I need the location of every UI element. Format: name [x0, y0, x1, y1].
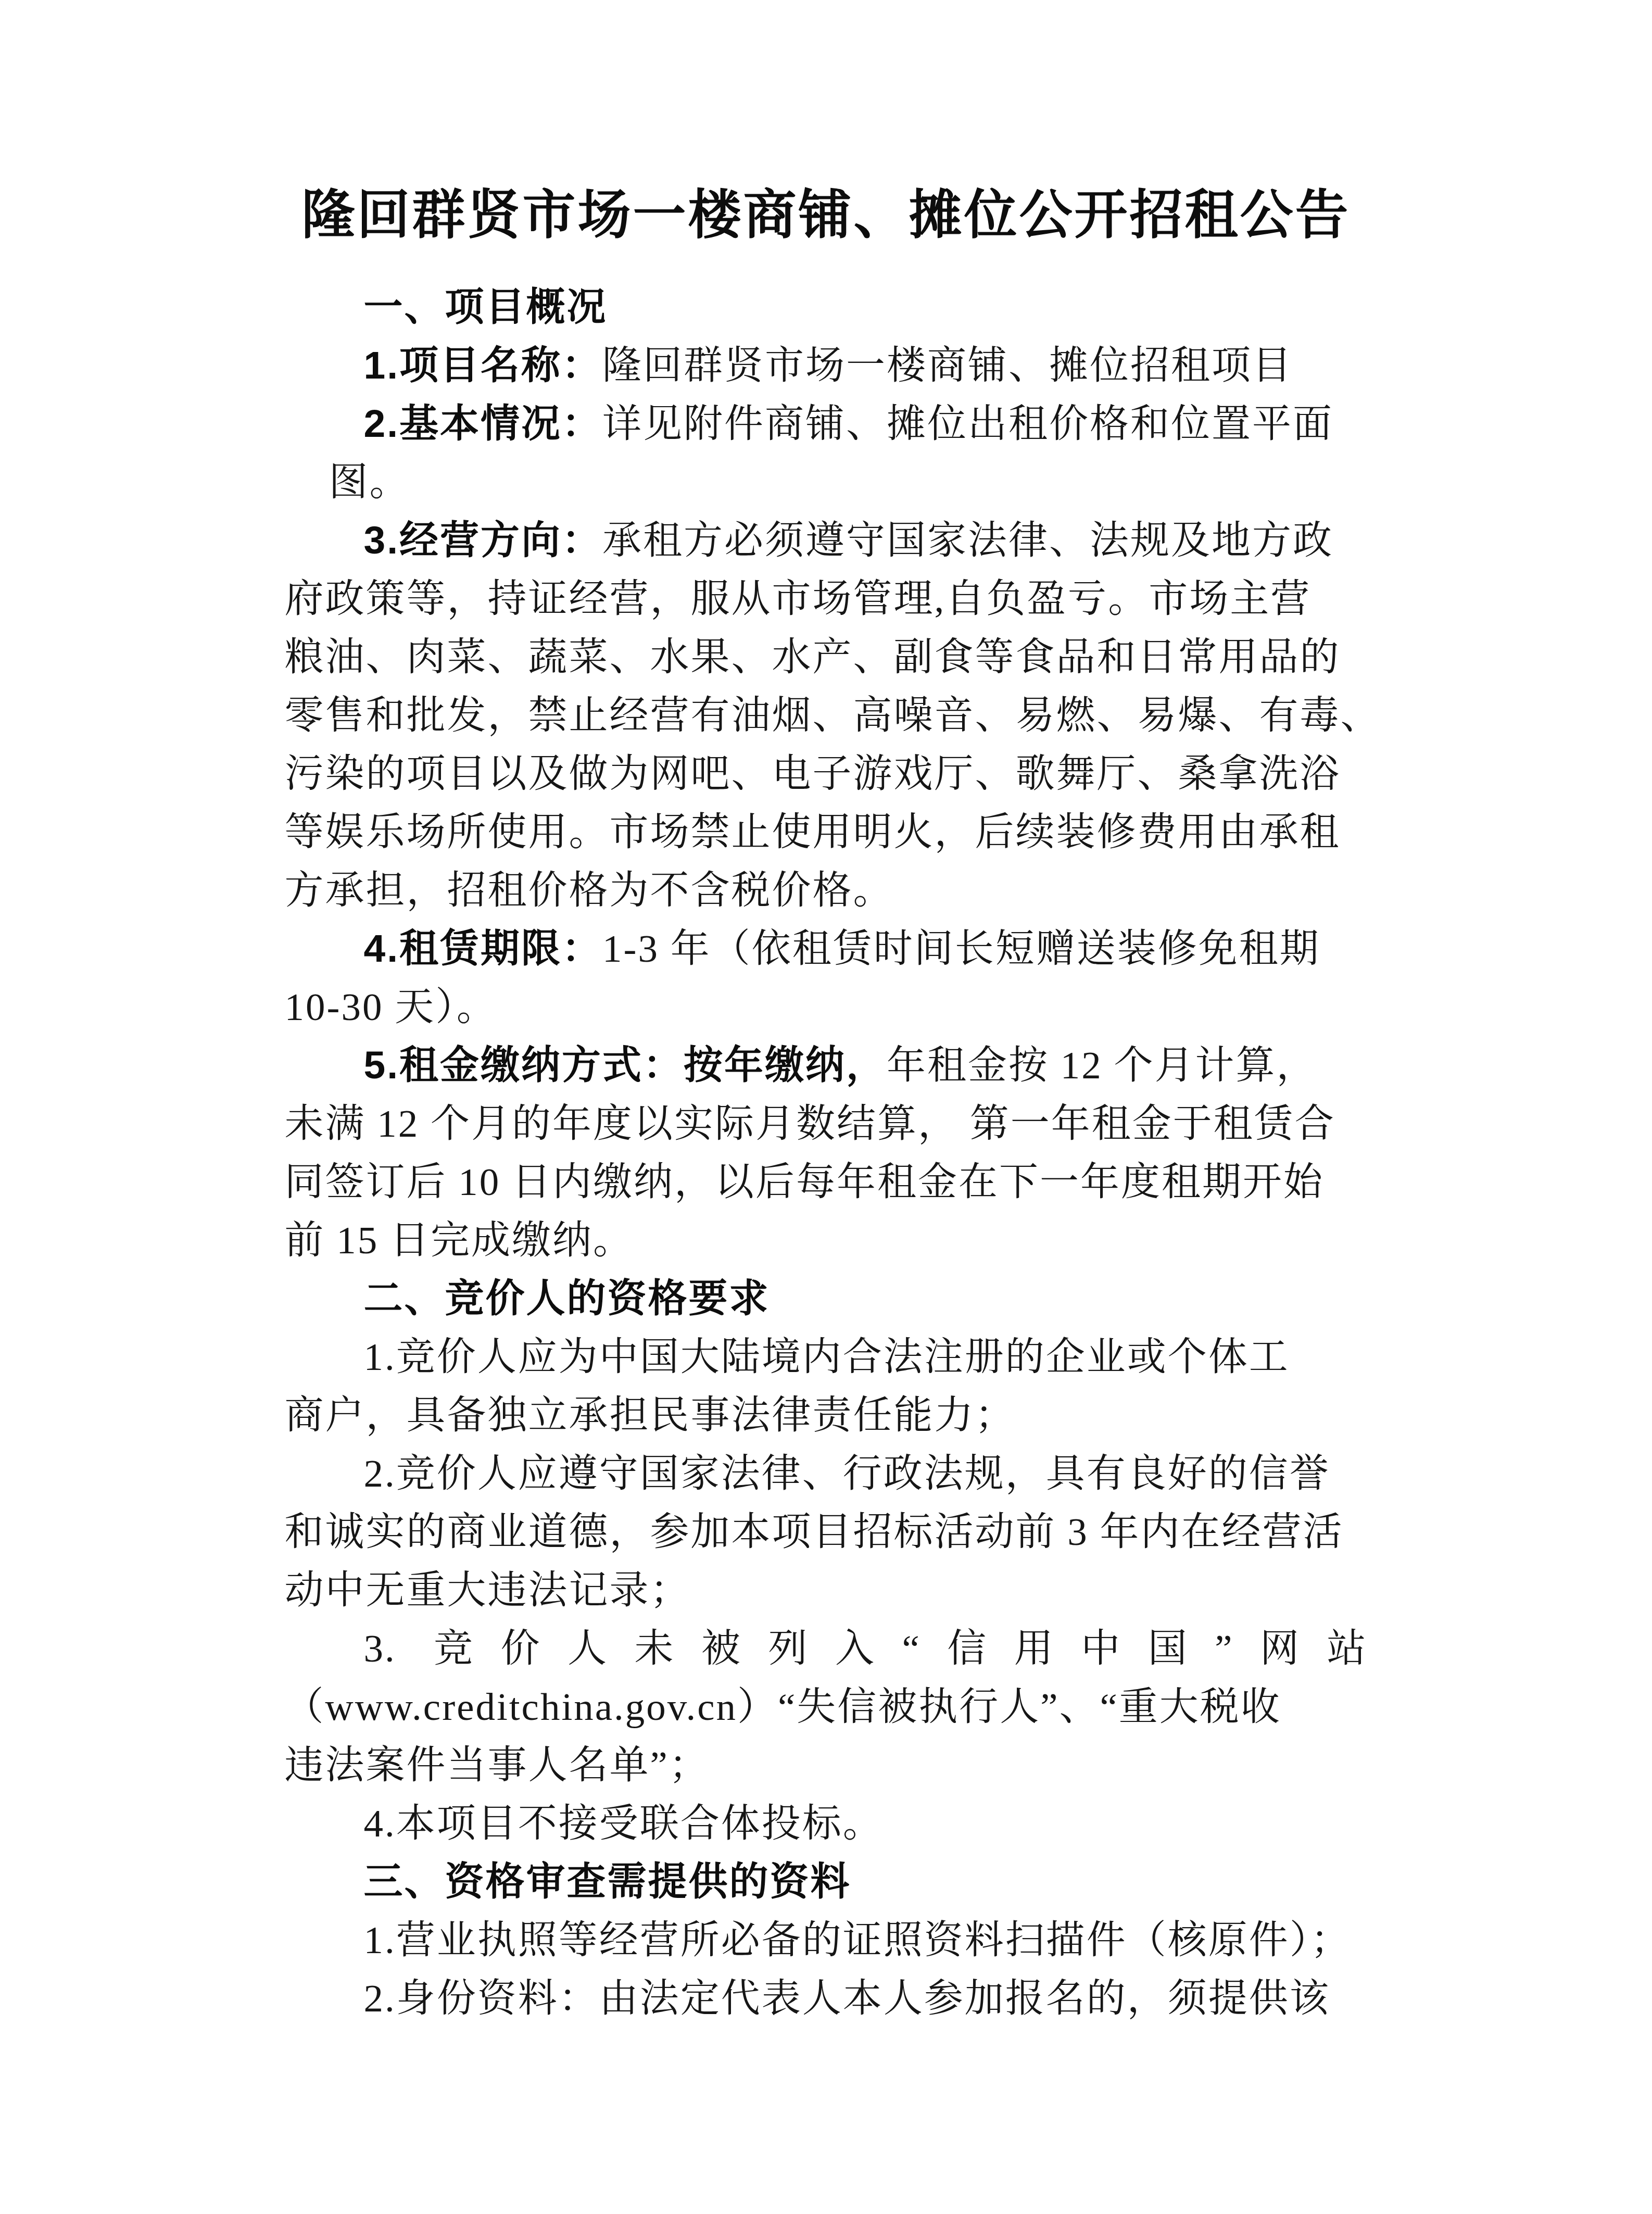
doc-line: 5.租金缴纳方式：按年缴纳，年租金按 12 个月计算， [285, 1036, 1368, 1095]
document-page: 隆回群贤市场一楼商铺、摊位公开招租公告 一、项目概况 1.项目名称：隆回群贤市场… [0, 0, 1652, 2214]
line-text: 粮油、肉菜、蔬菜、水果、水产、副食等食品和日常用品的 [285, 636, 1341, 679]
doc-line: 2.竞价人应遵守国家法律、行政法规，具有良好的信誉 [285, 1444, 1368, 1503]
line-text: 2.竞价人应遵守国家法律、行政法规，具有良好的信誉 [364, 1452, 1330, 1495]
line-text: 方承担，招租价格为不含税价格。 [285, 869, 894, 912]
section-heading: 一、项目概况 [285, 278, 1368, 336]
doc-line: 1.竞价人应为中国大陆境内合法注册的企业或个体工 [285, 1328, 1368, 1386]
doc-line: 1.营业执照等经营所必备的证照资料扫描件（核原件）； [285, 1911, 1368, 1969]
line-text: 前 15 日完成缴纳。 [285, 1219, 634, 1262]
heading-text: 二、竞价人的资格要求 [364, 1276, 770, 1320]
doc-line: 污染的项目以及做为网吧、电子游戏厅、歌舞厅、桑拿洗浴 [285, 745, 1368, 803]
line-text: 1-3 年（依租赁时间长短赠送装修免租期 [602, 927, 1320, 971]
doc-line: 粮油、肉菜、蔬菜、水果、水产、副食等食品和日常用品的 [285, 628, 1368, 686]
document-body: 一、项目概况 1.项目名称：隆回群贤市场一楼商铺、摊位招租项目 2.基本情况：详… [285, 278, 1368, 2028]
line-text: 1.竞价人应为中国大陆境内合法注册的企业或个体工 [364, 1336, 1290, 1379]
doc-line: 2.基本情况：详见附件商铺、摊位出租价格和位置平面 [285, 395, 1368, 453]
line-text: 承租方必须遵守国家法律、法规及地方政 [602, 519, 1333, 562]
line-text: 零售和批发，禁止经营有油烟、高噪音、易燃、易爆、有毒、 [285, 694, 1381, 737]
doc-line: （www.creditchina.gov.cn）“失信被执行人”、“重大税收 [285, 1678, 1368, 1736]
line-text: 商户，具备独立承担民事法律责任能力； [285, 1394, 1016, 1437]
doc-line: 府政策等，持证经营，服从市场管理,自负盈亏。市场主营 [285, 570, 1368, 628]
line-text: 详见附件商铺、摊位出租价格和位置平面 [602, 402, 1333, 446]
line-label: 3.经营方向： [364, 518, 603, 562]
line-text: 和诚实的商业道德，参加本项目招标活动前 3 年内在经营活 [285, 1511, 1344, 1554]
line-text: 动中无重大违法记录； [285, 1569, 691, 1612]
doc-line: 10-30 天）。 [285, 978, 1368, 1036]
doc-line: 4.租赁期限：1-3 年（依租赁时间长短赠送装修免租期 [285, 920, 1368, 978]
line-text: （www.creditchina.gov.cn）“失信被执行人”、“重大税收 [285, 1685, 1281, 1729]
line-text: 2.身份资料：由法定代表人本人参加报名的，须提供该 [364, 1977, 1330, 2020]
doc-line: 同签订后 10 日内缴纳，以后每年租金在下一年度租期开始 [285, 1153, 1368, 1211]
line-text: 图。 [329, 461, 410, 504]
line-text: 1.营业执照等经营所必备的证照资料扫描件（核原件）； [364, 1919, 1352, 1962]
doc-line: 违法案件当事人名单”； [285, 1736, 1368, 1794]
doc-line: 图。 [285, 453, 1368, 511]
line-text: 同签订后 10 日内缴纳，以后每年租金在下一年度租期开始 [285, 1161, 1325, 1204]
doc-line: 动中无重大违法记录； [285, 1561, 1368, 1619]
line-label: 1.项目名称： [364, 343, 603, 387]
doc-line: 零售和批发，禁止经营有油烟、高噪音、易燃、易爆、有毒、 [285, 686, 1368, 745]
doc-line: 等娱乐场所使用。市场禁止使用明火，后续装修费用由承租 [285, 803, 1368, 861]
doc-line: 4.本项目不接受联合体投标。 [285, 1794, 1368, 1853]
section-heading: 二、竞价人的资格要求 [285, 1269, 1368, 1328]
line-text: 隆回群贤市场一楼商铺、摊位招租项目 [602, 344, 1293, 387]
line-text: 等娱乐场所使用。市场禁止使用明火，后续装修费用由承租 [285, 811, 1341, 854]
line-text: 年租金按 12 个月计算， [887, 1044, 1317, 1087]
doc-line: 3.经营方向：承租方必须遵守国家法律、法规及地方政 [285, 511, 1368, 570]
section-heading: 三、资格审查需提供的资料 [285, 1853, 1368, 1911]
line-text: 污染的项目以及做为网吧、电子游戏厅、歌舞厅、桑拿洗浴 [285, 752, 1341, 796]
doc-line: 方承担，招租价格为不含税价格。 [285, 861, 1368, 920]
doc-line: 前 15 日完成缴纳。 [285, 1211, 1368, 1269]
line-text: 4.本项目不接受联合体投标。 [364, 1802, 884, 1845]
line-label: 2.基本情况： [364, 401, 603, 445]
doc-line: 1.项目名称：隆回群贤市场一楼商铺、摊位招租项目 [285, 336, 1368, 395]
line-label: 5.租金缴纳方式：按年缴纳， [364, 1043, 887, 1087]
heading-text: 三、资格审查需提供的资料 [364, 1859, 851, 1903]
line-text: 违法案件当事人名单”； [285, 1744, 710, 1787]
doc-line: 3. 竞价人未被列入“信用中国”网站 [285, 1619, 1368, 1678]
doc-line: 商户，具备独立承担民事法律责任能力； [285, 1386, 1368, 1444]
line-text: 府政策等，持证经营，服从市场管理,自负盈亏。市场主营 [285, 577, 1311, 621]
doc-line: 和诚实的商业道德，参加本项目招标活动前 3 年内在经营活 [285, 1503, 1368, 1561]
line-text: 10-30 天）。 [285, 986, 497, 1029]
page-title: 隆回群贤市场一楼商铺、摊位公开招租公告 [0, 181, 1652, 249]
line-label: 4.租赁期限： [364, 926, 603, 970]
doc-line: 未满 12 个月的年度以实际月数结算， 第一年租金于租赁合 [285, 1095, 1368, 1153]
doc-line: 2.身份资料：由法定代表人本人参加报名的，须提供该 [285, 1969, 1368, 2028]
line-text: 未满 12 个月的年度以实际月数结算， 第一年租金于租赁合 [285, 1102, 1335, 1146]
heading-text: 一、项目概况 [364, 285, 608, 329]
line-text: 3. 竞价人未被列入“信用中国”网站 [364, 1627, 1368, 1670]
